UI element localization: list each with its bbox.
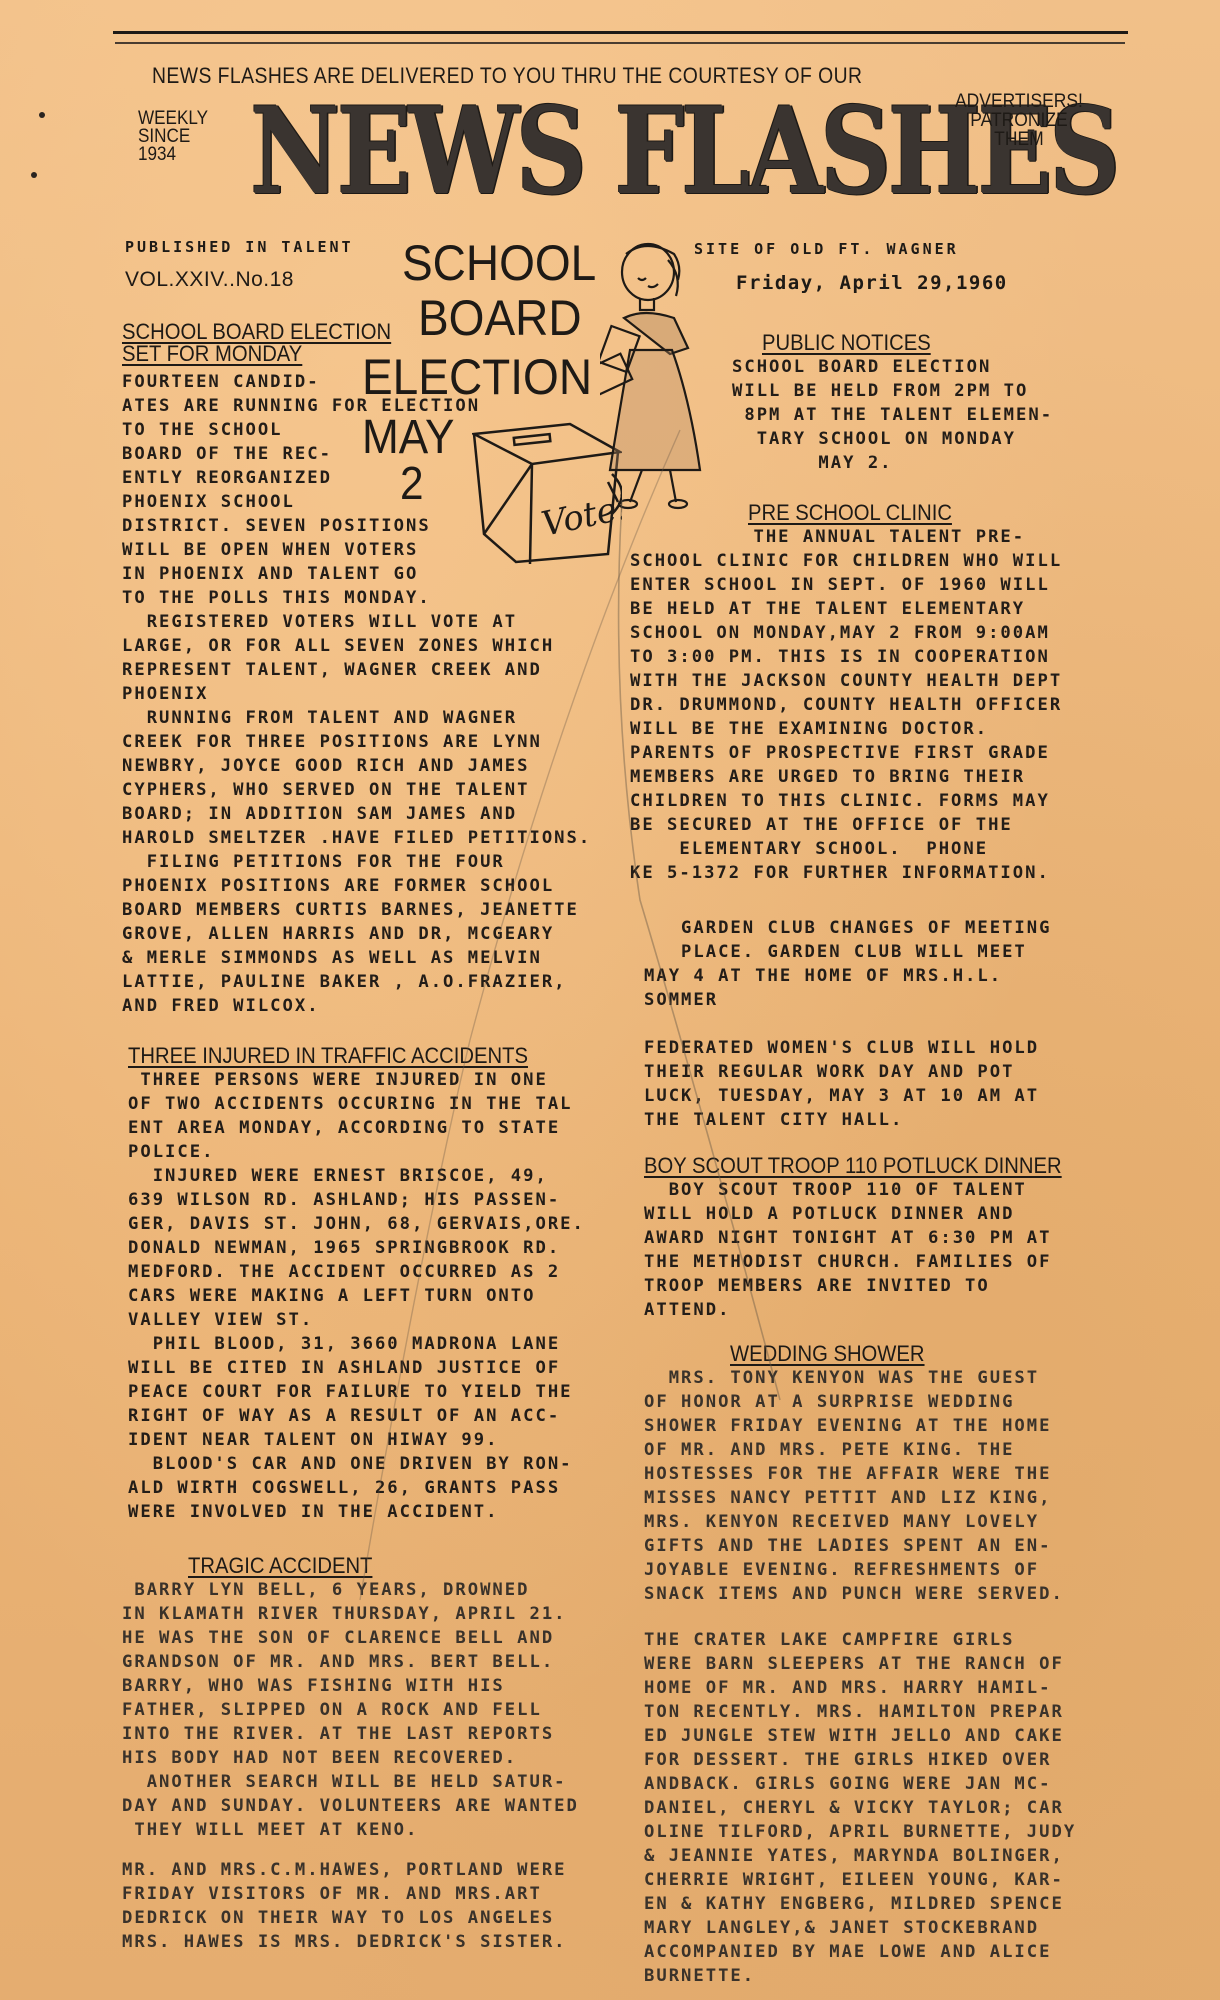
paper-crease-lines: [0, 0, 1220, 2000]
newspaper-page: NEWS FLASHES ARE DELIVERED TO YOU THRU T…: [0, 0, 1220, 2000]
